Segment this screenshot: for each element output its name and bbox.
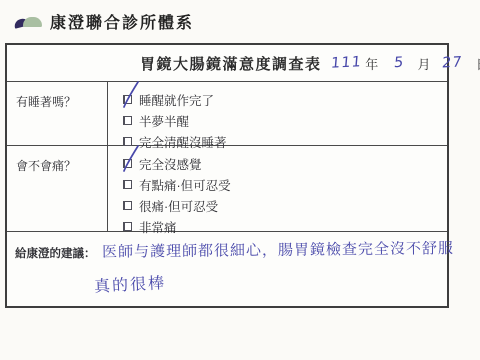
brand-header: 康澄聯合診所體系: [13, 10, 194, 33]
checkbox-icon: [123, 137, 132, 146]
clinic-logo-icon: [13, 13, 43, 30]
date-month-unit: 月: [417, 54, 430, 73]
checkbox-icon: [123, 159, 132, 168]
question-row-sleep: 有睡著嗎？ 睡醒就作完了 半夢半醒 完全清醒沒睡著: [7, 82, 447, 146]
option-list: 睡醒就作完了 半夢半醒 完全清醒沒睡著: [108, 82, 447, 145]
checkbox-icon: [123, 180, 132, 189]
date-year-unit: 年: [365, 54, 378, 73]
question-label: 有睡著嗎？: [7, 82, 108, 145]
checkbox-icon: [123, 95, 132, 104]
scanned-survey-form: { "brand": { "name": "康澄聯合診所體系" }, "form…: [0, 0, 480, 360]
form-date: 111 年 5 月 27 日: [322, 54, 480, 73]
date-month-handwritten: 5: [393, 55, 405, 72]
checkbox-icon: [123, 222, 132, 231]
option-label: 很痛·但可忍受: [139, 197, 218, 215]
form-title-row: 胃鏡大腸鏡滿意度調查表 111 年 5 月 27 日: [7, 45, 447, 82]
survey-form-table: 胃鏡大腸鏡滿意度調查表 111 年 5 月 27 日 有睡著嗎？ 睡醒就作完了: [5, 43, 449, 308]
option-row: 很痛·但可忍受: [123, 195, 447, 216]
option-label: 完全清醒沒睡著: [139, 133, 227, 151]
date-year-handwritten: 111: [330, 54, 362, 72]
handwritten-comment-line-1: 医師与護理師都很細心，腸胃鏡檢查完全沒不舒服: [102, 237, 447, 262]
clinic-name: 康澄聯合診所體系: [50, 10, 194, 33]
option-row: 有點痛·但可忍受: [123, 174, 447, 195]
date-day-unit: 日: [476, 54, 480, 73]
option-list: 完全沒感覺 有點痛·但可忍受 很痛·但可忍受 非常痛: [108, 146, 447, 231]
date-day-handwritten: 27: [442, 54, 464, 71]
checkbox-icon: [123, 116, 132, 125]
option-row: 完全沒感覺: [123, 153, 447, 174]
option-label: 完全沒感覺: [139, 155, 202, 173]
option-label: 有點痛·但可忍受: [139, 176, 231, 194]
form-title: 胃鏡大腸鏡滿意度調查表: [140, 53, 322, 74]
suggestions-row: 給康澄的建議： 医師与護理師都很細心，腸胃鏡檢查完全沒不舒服 真的很棒: [7, 232, 447, 306]
option-row: 完全清醒沒睡著: [123, 131, 447, 152]
logo-green-shell-shape: [23, 17, 42, 27]
checkbox-icon: [123, 201, 132, 210]
option-row: 半夢半醒: [123, 110, 447, 131]
question-row-pain: 會不會痛？ 完全沒感覺 有點痛·但可忍受 很痛·但可忍受 非常痛: [7, 146, 447, 232]
handwritten-check-mark-icon: [120, 80, 141, 109]
option-label: 睡醒就作完了: [139, 91, 214, 109]
suggestions-label: 給康澄的建議：: [15, 245, 96, 261]
handwritten-comment-line-2: 真的很棒: [93, 270, 166, 297]
option-row: 睡醒就作完了: [123, 89, 447, 110]
question-label: 會不會痛？: [7, 146, 108, 231]
option-label: 半夢半醒: [139, 112, 189, 130]
